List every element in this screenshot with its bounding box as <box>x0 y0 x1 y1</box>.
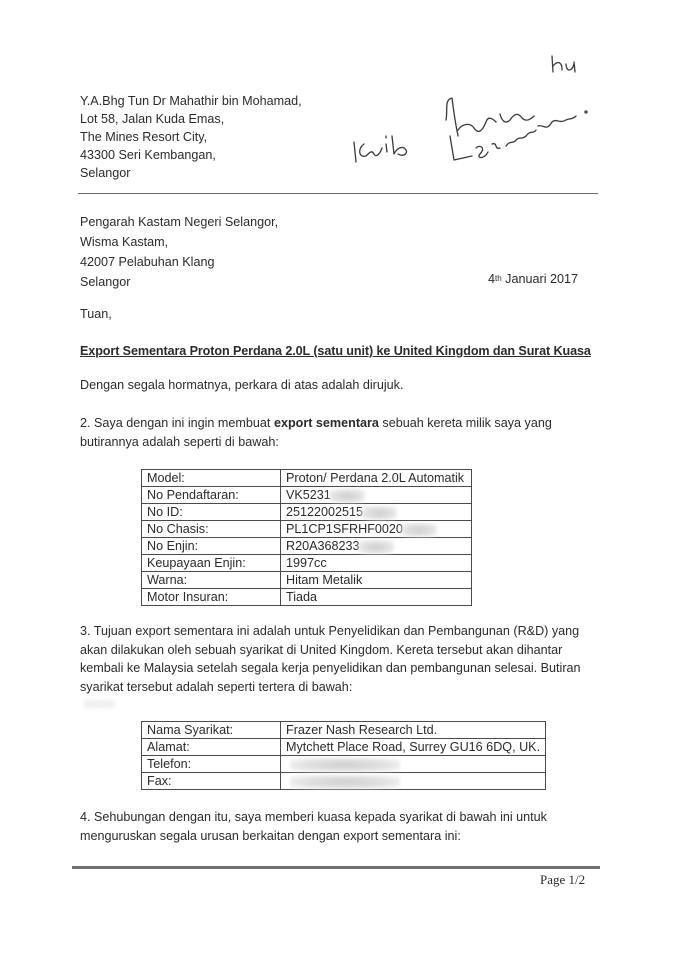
field-label: Nama Syarikat: <box>142 722 281 739</box>
field-label: No Enjin: <box>142 538 281 555</box>
field-value: VK5231 <box>281 487 472 504</box>
recipient-line: 42007 Pelabuhan Klang <box>80 253 278 271</box>
vehicle-details-table: Model:Proton/ Perdana 2.0L AutomatikNo P… <box>141 469 472 606</box>
sender-address: Y.A.Bhg Tun Dr Mahathir bin Mohamad, Lot… <box>80 92 302 182</box>
field-value <box>281 756 546 773</box>
field-label: No Chasis: <box>142 521 281 538</box>
table-row: Nama Syarikat:Frazer Nash Research Ltd. <box>142 722 546 739</box>
table-row: No ID:25122002515 <box>142 504 472 521</box>
table-row: No Enjin:R20A368233 <box>142 538 472 555</box>
table-row: Alamat:Mytchett Place Road, Surrey GU16 … <box>142 739 546 756</box>
field-label: No Pendaftaran: <box>142 487 281 504</box>
redaction-blur <box>290 758 400 772</box>
table-row: No Pendaftaran:VK5231 <box>142 487 472 504</box>
table-row: Warna:Hitam Metalik <box>142 572 472 589</box>
table-row: Keupayaan Enjin:1997cc <box>142 555 472 572</box>
recipient-line: Wisma Kastam, <box>80 233 278 251</box>
table-row: Telefon: <box>142 756 546 773</box>
paragraph-4: 4. Sehubungan dengan itu, saya memberi k… <box>80 808 600 845</box>
recipient-line: Pengarah Kastam Negeri Selangor, <box>80 213 278 231</box>
company-details-table: Nama Syarikat:Frazer Nash Research Ltd.A… <box>141 721 546 790</box>
table-row: No Chasis:PL1CP1SFRHF0020 <box>142 521 472 538</box>
paragraph-2: 2. Saya dengan ini ingin membuat export … <box>80 414 600 451</box>
field-label: Keupayaan Enjin: <box>142 555 281 572</box>
salutation: Tuan, <box>80 307 112 321</box>
paragraph-2-bold: export sementara <box>274 416 379 430</box>
date-month-year: Januari 2017 <box>502 272 578 286</box>
handwritten-annotation <box>340 40 640 180</box>
scan-smudge <box>84 700 114 708</box>
paragraph-3: 3. Tujuan export sementara ini adalah un… <box>80 622 600 696</box>
table-row: Model:Proton/ Perdana 2.0L Automatik <box>142 470 472 487</box>
date-day: 4 <box>488 272 495 286</box>
field-value <box>281 773 546 790</box>
field-value: R20A368233 <box>281 538 472 555</box>
sender-line: Lot 58, Jalan Kuda Emas, <box>80 110 302 128</box>
field-label: Model: <box>142 470 281 487</box>
field-label: Warna: <box>142 572 281 589</box>
letter-date: 4th Januari 2017 <box>488 272 578 286</box>
field-label: Motor Insuran: <box>142 589 281 606</box>
table-row: Motor Insuran:Tiada <box>142 589 472 606</box>
sender-line: The Mines Resort City, <box>80 128 302 146</box>
redaction-blur <box>358 540 394 554</box>
field-value: PL1CP1SFRHF0020 <box>281 521 472 538</box>
header-divider <box>78 193 598 194</box>
field-value: Tiada <box>281 589 472 606</box>
redaction-blur <box>290 775 400 789</box>
field-value: 1997cc <box>281 555 472 572</box>
field-label: Fax: <box>142 773 281 790</box>
page-number: Page 1/2 <box>540 872 585 888</box>
recipient-address: Pengarah Kastam Negeri Selangor, Wisma K… <box>80 213 278 291</box>
paragraph-2-text: 2. Saya dengan ini ingin membuat <box>80 416 274 430</box>
sender-line: Selangor <box>80 164 302 182</box>
redaction-blur <box>401 523 437 537</box>
sender-line: Y.A.Bhg Tun Dr Mahathir bin Mohamad, <box>80 92 302 110</box>
field-value: Frazer Nash Research Ltd. <box>281 722 546 739</box>
footer-divider <box>72 866 600 869</box>
subject-heading: Export Sementara Proton Perdana 2.0L (sa… <box>80 344 591 358</box>
table-row: Fax: <box>142 773 546 790</box>
sender-line: 43300 Seri Kembangan, <box>80 146 302 164</box>
field-value: Hitam Metalik <box>281 572 472 589</box>
field-label: Telefon: <box>142 756 281 773</box>
field-value: Mytchett Place Road, Surrey GU16 6DQ, UK… <box>281 739 546 756</box>
field-label: No ID: <box>142 504 281 521</box>
paragraph-1: Dengan segala hormatnya, perkara di atas… <box>80 376 600 395</box>
redaction-blur <box>361 506 397 520</box>
field-value: 25122002515 <box>281 504 472 521</box>
field-label: Alamat: <box>142 739 281 756</box>
date-suffix: th <box>495 274 502 283</box>
redaction-blur <box>329 489 365 503</box>
recipient-line: Selangor <box>80 273 278 291</box>
field-value: Proton/ Perdana 2.0L Automatik <box>281 470 472 487</box>
